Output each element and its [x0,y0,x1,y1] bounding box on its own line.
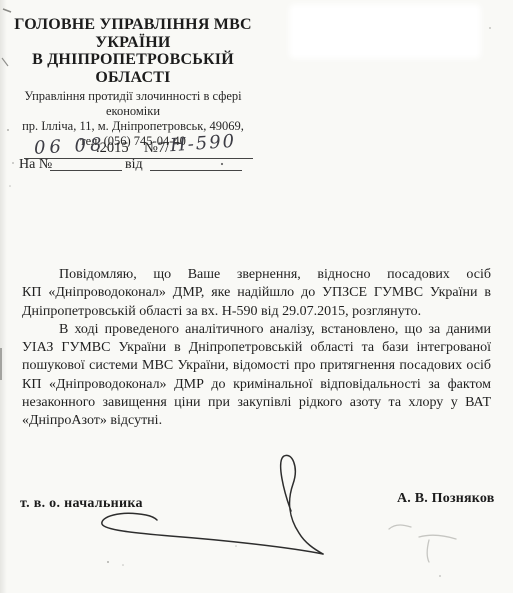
body-line: В ході проведеного аналітичного аналізу,… [22,321,491,339]
org-name: ГОЛОВНЕ УПРАВЛІННЯ МВС УКРАЇНИ В ДНІПРОП… [8,16,258,86]
reference-line-dot [221,163,223,165]
department-line: економіки [8,104,258,119]
body-line: КП «Дніпроводоконал» ДМР, яке надійшло д… [22,284,491,302]
body-line: УІАЗ ГУМВС України в Дніпропетровській о… [22,339,491,357]
department-name: Управління протидії злочинності в сфері … [8,89,258,119]
incoming-number-blank [50,170,122,171]
whiteout-patch [293,8,477,55]
body-line: «ДніпроАзот» відсутні. [22,412,491,430]
org-name-line: В ДНІПРОПЕТРОВСЬКІЙ [8,51,258,69]
incoming-number-label: На № [19,157,52,173]
incoming-date-label: від [125,157,143,173]
org-name-line: ОБЛАСТІ [8,69,258,87]
body-line: КП «Дніпроводоконал» ДМР до кримінальної… [22,376,491,394]
letter-body: Повідомляю, що Ваше звернення, відносно … [22,266,491,430]
signer-name: А. В. Позняков [397,491,495,507]
pencil-marks-icon [389,525,456,577]
scan-edge-shadow [0,0,7,593]
printed-year: .2015 [96,140,129,157]
letterhead: ГОЛОВНЕ УПРАВЛІННЯ МВС УКРАЇНИ В ДНІПРОП… [8,16,258,148]
body-line: незаконного завищення ціни при закупівлі… [22,394,491,412]
org-name-line: УКРАЇНИ [8,34,258,52]
body-line: пошукової системи МВС України, відомості… [22,357,491,375]
incoming-date-blank [150,170,242,171]
signer-position-title: т. в. о. начальника [20,496,143,512]
body-line: Дніпропетровській області за вх. Н-590 в… [22,303,491,321]
scanned-letter-page: ГОЛОВНЕ УПРАВЛІННЯ МВС УКРАЇНИ В ДНІПРОП… [0,0,513,593]
outgoing-number-prefix: №7/ [144,140,169,157]
org-name-line: ГОЛОВНЕ УПРАВЛІННЯ МВС [8,16,258,34]
handwritten-outgoing-number: Н-590 [169,131,236,157]
body-line: Повідомляю, що Ваше звернення, відносно … [22,266,491,284]
department-line: Управління протидії злочинності в сфері [8,89,258,104]
